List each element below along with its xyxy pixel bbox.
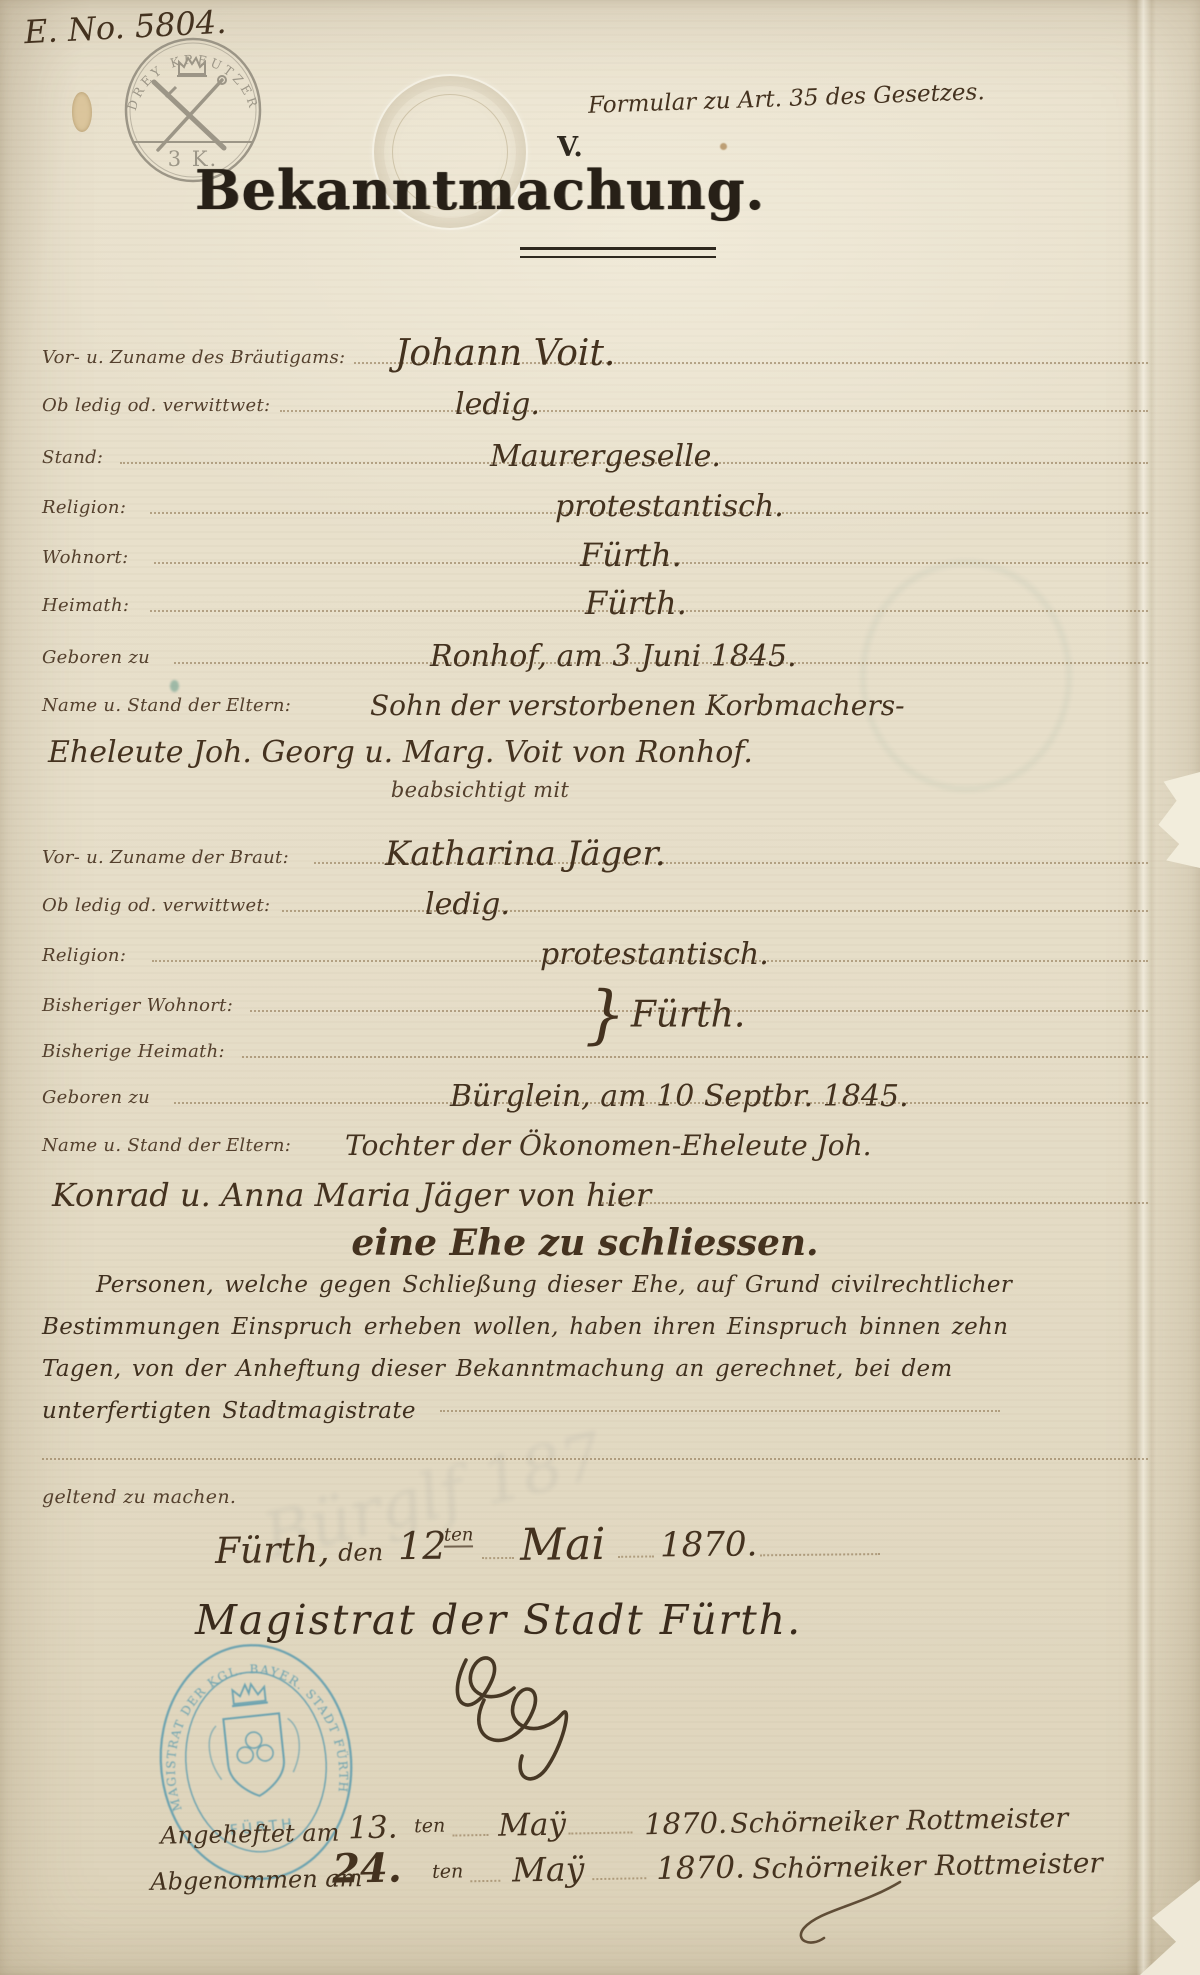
dateline-year: 1870. bbox=[660, 1524, 758, 1565]
field-value: Katharina Jäger. bbox=[385, 834, 666, 874]
dotted-leader bbox=[440, 1410, 1000, 1412]
form-row: Geboren zu Ronhof, am 3 Juni 1845. bbox=[42, 628, 1152, 674]
form-row: Name u. Stand der Eltern: Tochter der Ök… bbox=[42, 1116, 1152, 1162]
removal-label: Abgenommen am bbox=[150, 1864, 363, 1896]
brace-glyph: } bbox=[585, 978, 626, 1052]
field-value: ledig. bbox=[455, 387, 540, 422]
removal-day: 24. bbox=[332, 1844, 402, 1892]
field-value: protestantisch. bbox=[540, 937, 769, 972]
field-label: Vor- u. Zuname der Braut: bbox=[42, 847, 289, 868]
removal-day-suffix: ten bbox=[432, 1860, 464, 1883]
closing-formula: eine Ehe zu schliessen. bbox=[185, 1222, 985, 1264]
field-label: Geboren zu bbox=[42, 1087, 150, 1108]
field-label: Religion: bbox=[42, 945, 126, 966]
form-row-continuation: Eheleute Joh. Georg u. Marg. Voit von Ro… bbox=[42, 724, 1152, 770]
field-label: Religion: bbox=[42, 497, 126, 518]
brace-value: Fürth. bbox=[631, 995, 745, 1036]
field-value: protestantisch. bbox=[555, 489, 784, 524]
field-label: Geboren zu bbox=[42, 647, 150, 668]
field-value: Fürth. bbox=[580, 536, 682, 574]
dateline: Fürth, den 12 ten Mai 1870. bbox=[0, 1506, 1200, 1577]
field-label: Ob ledig od. verwittwet: bbox=[42, 395, 270, 416]
form-row: Vor- u. Zuname der Braut: Katharina Jäge… bbox=[42, 828, 1152, 874]
dateline-month: Mai bbox=[520, 1519, 606, 1571]
page-title: Bekanntmachung. bbox=[130, 158, 830, 222]
field-value: Fürth. bbox=[585, 584, 687, 622]
form-row: Religion: protestantisch. bbox=[42, 478, 1152, 524]
document-page: Bürglf 187 E. No. 5804. DREY KREUTZER 3 … bbox=[0, 0, 1200, 1975]
dateline-place: Fürth, bbox=[215, 1530, 330, 1572]
field-label: Stand: bbox=[42, 447, 103, 468]
signature bbox=[408, 1642, 628, 1792]
notice-line: unterfertigten Stadtmagistrate bbox=[42, 1398, 1128, 1424]
field-label: Heimath: bbox=[42, 595, 129, 616]
form-row: Stand: Maurergeselle. bbox=[42, 428, 1152, 474]
field-label: Bisheriger Wohnort: bbox=[42, 995, 233, 1016]
form-row: Geboren zu Bürglein, am 10 Septbr. 1845. bbox=[42, 1068, 1152, 1114]
dateline-particle: den bbox=[338, 1538, 383, 1566]
form-row: Religion: protestantisch. bbox=[42, 926, 1152, 972]
notice-line: Tagen, von der Anheftung dieser Bekanntm… bbox=[42, 1356, 1128, 1382]
title-rule bbox=[520, 247, 716, 258]
field-label: Name u. Stand der Eltern: bbox=[42, 1135, 291, 1156]
fox-spot bbox=[720, 143, 727, 150]
removal-year: 1870. bbox=[656, 1849, 745, 1887]
dotted-rule bbox=[42, 1458, 1148, 1460]
field-label: Name u. Stand der Eltern: bbox=[42, 695, 291, 716]
field-value: Tochter der Ökonomen-Eheleute Joh. bbox=[345, 1129, 872, 1162]
field-label: Vor- u. Zuname des Bräutigams: bbox=[42, 347, 345, 368]
field-value: Konrad u. Anna Maria Jäger von hier bbox=[52, 1176, 651, 1214]
form-row-continuation: Konrad u. Anna Maria Jäger von hier bbox=[42, 1168, 1152, 1214]
field-value: Ronhof, am 3 Juni 1845. bbox=[430, 639, 797, 674]
field-value: Bürglein, am 10 Septbr. 1845. bbox=[450, 1079, 909, 1114]
field-value: Eheleute Joh. Georg u. Marg. Voit von Ro… bbox=[48, 735, 753, 770]
form-row: Vor- u. Zuname des Bräutigams: Johann Vo… bbox=[42, 328, 1152, 374]
field-value: Johann Voit. bbox=[395, 333, 615, 374]
stamp-shield-icon bbox=[223, 1713, 287, 1798]
field-value: ledig. bbox=[425, 887, 510, 922]
dateline-day: 12 bbox=[398, 1524, 447, 1569]
notice-line: Bestimmungen Einspruch erheben wollen, h… bbox=[42, 1314, 1128, 1340]
field-label: Wohnort: bbox=[42, 547, 128, 568]
form-row: Ob ledig od. verwittwet: ledig. bbox=[42, 376, 1152, 422]
notice-line-text: unterfertigten Stadtmagistrate bbox=[42, 1398, 416, 1424]
form-row: Heimath: Fürth. bbox=[42, 576, 1152, 622]
form-row: Name u. Stand der Eltern: Sohn der verst… bbox=[42, 676, 1152, 722]
field-value: Maurergeselle. bbox=[490, 439, 721, 474]
field-value: Sohn der verstorbenen Korbmachers- bbox=[370, 689, 905, 722]
notice-line: Personen, welche gegen Schließung dieser… bbox=[42, 1272, 1182, 1298]
field-label: Bisherige Heimath: bbox=[42, 1041, 225, 1062]
form-row: Wohnort: Fürth. bbox=[42, 528, 1152, 574]
pen-flourish bbox=[790, 1876, 910, 1956]
dateline-day-suffix: ten bbox=[444, 1524, 474, 1547]
stamp-crown-icon bbox=[232, 1683, 266, 1704]
field-label: Ob ledig od. verwittwet: bbox=[42, 895, 270, 916]
interstitial-text: beabsichtigt mit bbox=[130, 778, 830, 802]
removal-month: Maÿ bbox=[512, 1849, 585, 1889]
geltend-text: geltend zu machen. bbox=[42, 1486, 236, 1508]
form-reference: Formular zu Art. 35 des Gesetzes. bbox=[588, 79, 985, 119]
form-row: Ob ledig od. verwittwet: ledig. bbox=[42, 876, 1152, 922]
paper-chip bbox=[72, 92, 92, 132]
brace-group: } Fürth. bbox=[585, 978, 745, 1074]
